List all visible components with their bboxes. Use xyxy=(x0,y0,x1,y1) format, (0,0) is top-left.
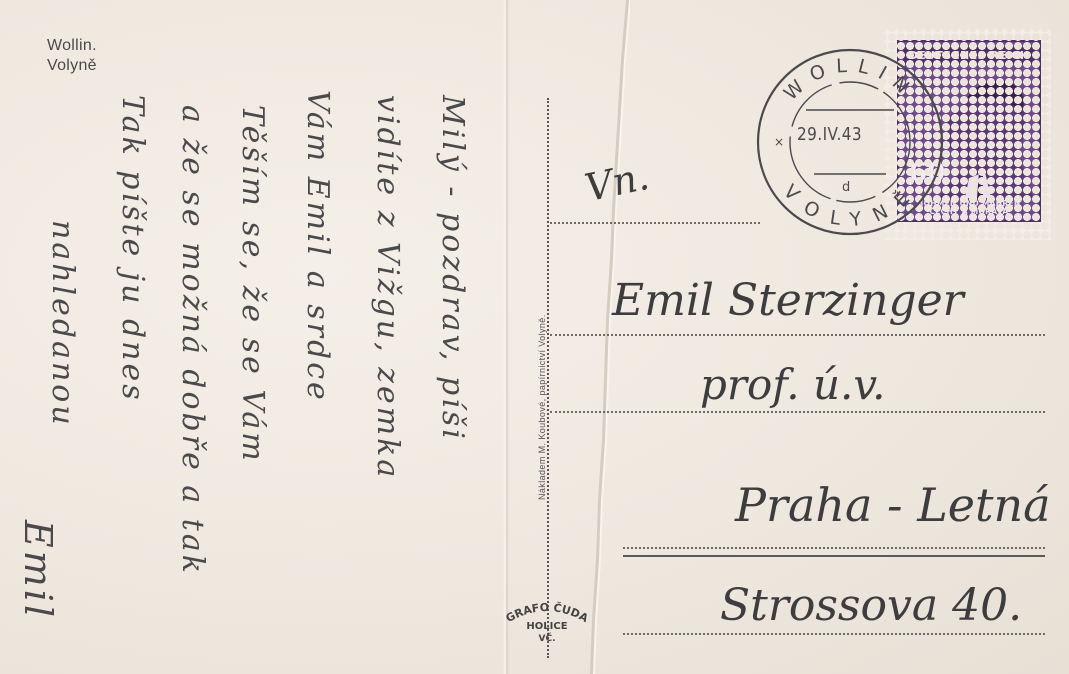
postmark-sub: d xyxy=(842,180,850,195)
publisher-imprint: Nákladem M. Koubové, papírnictví Volyně. xyxy=(537,314,547,500)
address-underline xyxy=(623,555,1045,557)
center-divider xyxy=(547,98,549,658)
address-line-2 xyxy=(550,334,1045,336)
paper-tear xyxy=(590,0,630,674)
postmark-date: 29.IV.43 xyxy=(797,124,862,145)
address-line-5 xyxy=(623,633,1045,635)
postmark-top-text: WOLLIN xyxy=(780,55,921,105)
svg-text:×: × xyxy=(774,135,784,149)
message-line: Vám Emil a srdce xyxy=(300,90,335,403)
message-line: Těším se, že se Vám xyxy=(235,105,270,464)
message-line: a že se možná dobře a tak xyxy=(175,105,210,576)
message-line: vidíte z Vižgu, zemka xyxy=(370,95,405,480)
message-line: Milý - pozdrav, píši xyxy=(435,95,470,442)
address-line-1 xyxy=(550,222,760,224)
handwritten-message: Milý - pozdrav, píši vidíte z Vižgu, zem… xyxy=(0,0,500,674)
address-street: Strossova 40. xyxy=(720,580,1022,631)
printer-stamp-line3: VČ. xyxy=(539,632,556,644)
printer-stamp: GRAFO ČUDA HOLICE VČ. xyxy=(492,598,602,648)
message-line: nahledanou xyxy=(45,220,80,428)
signature: Emil xyxy=(16,520,60,620)
svg-text:WOLLIN: WOLLIN xyxy=(780,55,921,105)
address-name: Emil Sterzinger xyxy=(612,275,964,326)
address-line-4 xyxy=(623,547,1045,549)
address-title: prof. ú.v. xyxy=(700,360,886,409)
address-line-3 xyxy=(550,411,1045,413)
paper-crease xyxy=(503,0,509,674)
address-city: Praha - Letná xyxy=(735,478,1051,532)
printer-stamp-line2: HOLICE xyxy=(526,621,567,632)
postcard: Wollin. Volyně Milý - pozdrav, píši vidí… xyxy=(0,0,1069,674)
tear-line-icon xyxy=(590,0,630,674)
message-line: Tak píšte ju dnes xyxy=(115,95,150,403)
